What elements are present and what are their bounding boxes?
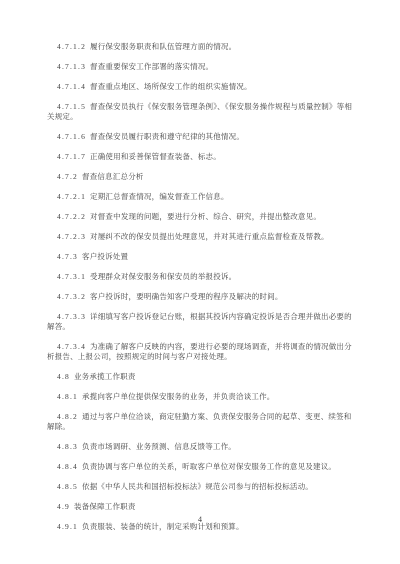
paragraph: 4.8.1承揽向客户单位提供保安服务的业务，并负责洽谈工作。	[47, 392, 354, 402]
clause-number: 4.7.2.1	[57, 192, 90, 201]
paragraph: 4.7.1.4督查重点地区、场所保安工作的组织实施情况。	[47, 82, 354, 92]
clause-text: 客户投诉处置	[82, 252, 128, 261]
paragraph: 4.7.3客户投诉处置	[47, 252, 354, 262]
document-page: 4.7.1.2履行保安服务职责和队伍管理方面的情况。4.7.1.3督查重要保安工…	[0, 0, 400, 564]
clause-number: 4.7.1.6	[57, 132, 90, 141]
paragraph: 4.7.2督查信息汇总分析	[47, 172, 354, 182]
clause-text: 为准确了解客户反映的内容，要进行必要的现场调查，并将调查的情况做出分析报告、上报…	[47, 342, 352, 361]
paragraph: 4.7.3.2客户投诉时，要明确告知客户受理的程序及解决的时间。	[47, 292, 354, 302]
clause-text: 督查保安员履行职责和遵守纪律的其他情况。	[90, 132, 244, 141]
clause-number: 4.8.3	[57, 442, 82, 451]
clause-number: 4.8	[57, 372, 74, 381]
document-body: 4.7.1.2履行保安服务职责和队伍管理方面的情况。4.7.1.3督查重要保安工…	[47, 42, 354, 542]
clause-number: 4.7.3.4	[57, 342, 90, 351]
clause-text: 对督查中发现的问题，要进行分析、综合、研究，并提出整改意见。	[90, 212, 321, 221]
clause-number: 4.8.4	[57, 462, 82, 471]
paragraph: 4.8.3负责市场调研、业务预测、信息反馈等工作。	[47, 442, 354, 452]
paragraph: 4.8.2通过与客户单位洽谈，商定驻勤方案、负责保安服务合同的起草、变更、续签和…	[47, 412, 354, 432]
clause-number: 4.7.3.2	[57, 292, 90, 301]
clause-text: 通过与客户单位洽谈，商定驻勤方案、负责保安服务合同的起草、变更、续签和解除。	[47, 412, 352, 431]
paragraph: 4.7.3.1受理群众对保安服务和保安员的举报投诉。	[47, 272, 354, 282]
clause-number: 4.7.3.3	[57, 312, 90, 321]
clause-number: 4.7.2.2	[57, 212, 90, 221]
paragraph: 4.7.1.7正确使用和妥善保管督查装备、标志。	[47, 152, 354, 162]
clause-text: 详细填写客户投诉登记台账，根据其投诉内容确定投诉是否合理并做出必要的解答。	[47, 312, 352, 331]
clause-number: 4.7.2.3	[57, 232, 90, 241]
clause-text: 督查保安员执行《保安服务管理条例》、《保安服务操作规程与质量控制》等相关规定。	[47, 102, 352, 121]
clause-text: 督查重点地区、场所保安工作的组织实施情况。	[90, 82, 252, 91]
paragraph: 4.8业务承揽工作职责	[47, 372, 354, 382]
paragraph: 4.7.1.5督查保安员执行《保安服务管理条例》、《保安服务操作规程与质量控制》…	[47, 102, 354, 122]
paragraph: 4.8.4负责协调与客户单位的关系，听取客户单位对保安服务工作的意见及建议。	[47, 462, 354, 472]
clause-text: 业务承揽工作职责	[74, 372, 136, 381]
clause-number: 4.8.5	[57, 482, 82, 491]
clause-text: 督查信息汇总分析	[82, 172, 144, 181]
clause-text: 装备保障工作职责	[74, 502, 136, 511]
clause-number: 4.7.1.5	[57, 102, 90, 111]
paragraph: 4.7.2.3对屡纠不改的保安员提出处理意见，并对其进行重点监督检查及帮教。	[47, 232, 354, 242]
clause-text: 承揽向客户单位提供保安服务的业务，并负责洽谈工作。	[82, 392, 275, 401]
paragraph: 4.7.2.1定期汇总督查情况，编发督查工作信息。	[47, 192, 354, 202]
clause-text: 受理群众对保安服务和保安员的举报投诉。	[90, 272, 236, 281]
paragraph: 4.7.1.3督查重要保安工作部署的落实情况。	[47, 62, 354, 72]
clause-number: 4.7.3.1	[57, 272, 90, 281]
clause-text: 负责协调与客户单位的关系，听取客户单位对保安服务工作的意见及建议。	[82, 462, 336, 471]
clause-number: 4.7.1.7	[57, 152, 90, 161]
clause-number: 4.7.1.3	[57, 62, 90, 71]
clause-number: 4.7.1.2	[57, 42, 90, 51]
clause-text: 正确使用和妥善保管督查装备、标志。	[90, 152, 221, 161]
paragraph: 4.8.5依据《中华人民共和国招标投标法》规范公司参与的招标投标活动。	[47, 482, 354, 492]
paragraph: 4.7.3.4为准确了解客户反映的内容，要进行必要的现场调查，并将调查的情况做出…	[47, 342, 354, 362]
clause-number: 4.7.2	[57, 172, 82, 181]
clause-text: 对屡纠不改的保安员提出处理意见，并对其进行重点监督检查及帮教。	[90, 232, 329, 241]
clause-number: 4.7.3	[57, 252, 82, 261]
clause-text: 依据《中华人民共和国招标投标法》规范公司参与的招标投标活动。	[82, 482, 313, 491]
clause-text: 督查重要保安工作部署的落实情况。	[90, 62, 213, 71]
clause-text: 客户投诉时，要明确告知客户受理的程序及解决的时间。	[90, 292, 283, 301]
clause-number: 4.9	[57, 502, 74, 511]
paragraph: 4.7.2.2对督查中发现的问题，要进行分析、综合、研究，并提出整改意见。	[47, 212, 354, 222]
clause-text: 负责市场调研、业务预测、信息反馈等工作。	[82, 442, 236, 451]
paragraph: 4.9装备保障工作职责	[47, 502, 354, 512]
clause-number: 4.8.2	[57, 412, 82, 421]
paragraph: 4.7.1.6督查保安员履行职责和遵守纪律的其他情况。	[47, 132, 354, 142]
clause-number: 4.8.1	[57, 392, 82, 401]
page-number: 4	[0, 515, 400, 525]
clause-text: 定期汇总督查情况，编发督查工作信息。	[90, 192, 229, 201]
paragraph: 4.7.3.3详细填写客户投诉登记台账，根据其投诉内容确定投诉是否合理并做出必要…	[47, 312, 354, 332]
clause-number: 4.7.1.4	[57, 82, 90, 91]
paragraph: 4.7.1.2履行保安服务职责和队伍管理方面的情况。	[47, 42, 354, 52]
clause-text: 履行保安服务职责和队伍管理方面的情况。	[90, 42, 236, 51]
